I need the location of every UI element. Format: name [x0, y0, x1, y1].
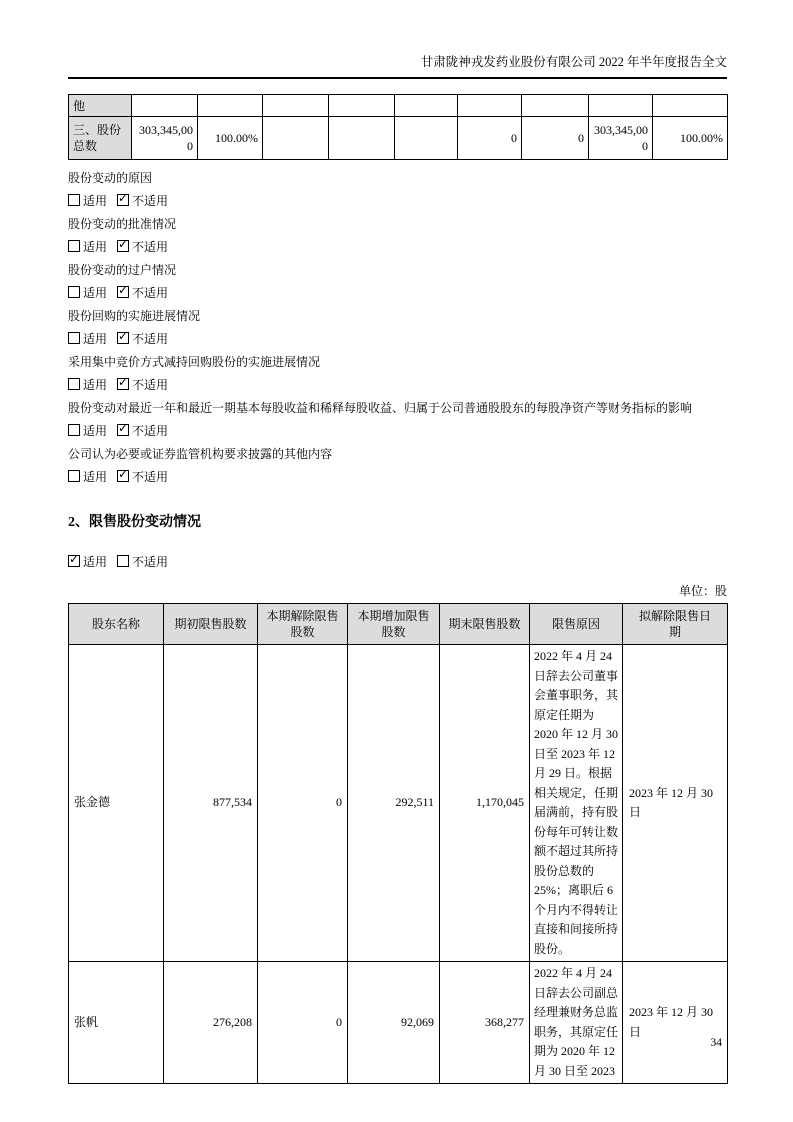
table-cell	[458, 95, 522, 117]
table-cell: 100.00%	[198, 117, 263, 160]
restricted-shares-table-body: 张金德877,5340292,5111,170,0452022 年 4 月 24…	[69, 645, 728, 1084]
table-row: 他	[69, 95, 728, 117]
table-cell: 0	[522, 117, 589, 160]
share-structure-table: 他三、股份总数303,345,000100.00%00303,345,00010…	[68, 94, 728, 160]
not-applicable-label: 不适用	[132, 240, 168, 254]
column-header: 拟解除限售日期	[623, 604, 728, 645]
section-label: 采用集中竞价方式减持回购股份的实施进展情况	[68, 351, 727, 374]
table-cell: 1,170,045	[440, 645, 530, 962]
table-cell	[329, 117, 395, 160]
table-cell: 0	[258, 645, 348, 962]
page-number: 34	[711, 1037, 723, 1049]
checkbox-unchecked-icon	[68, 470, 80, 482]
table-cell: 0	[258, 962, 348, 1084]
table-cell: 2023 年 12 月 30 日	[623, 962, 728, 1084]
table-cell	[395, 95, 458, 117]
table-cell: 292,511	[348, 645, 440, 962]
table-cell: 2022 年 4 月 24 日辞去公司副总经理兼财务总监职务，其原定任期为 20…	[530, 962, 623, 1084]
table-cell: 张帆	[69, 962, 164, 1084]
table-cell	[132, 95, 198, 117]
table-cell: 877,534	[164, 645, 258, 962]
checkbox-checked-icon	[117, 194, 129, 206]
checkbox-checked-icon	[117, 332, 129, 344]
not-applicable-label: 不适用	[132, 194, 168, 208]
applicability-sections: 股份变动的原因适用不适用股份变动的批准情况适用不适用股份变动的过户情况适用不适用…	[68, 167, 727, 489]
applicable-label: 适用	[83, 286, 107, 300]
table-cell: 276,208	[164, 962, 258, 1084]
checkbox-checked-icon	[117, 286, 129, 298]
applicable-label: 适用	[83, 555, 107, 569]
applicable-label: 适用	[83, 194, 107, 208]
column-header: 期末限售股数	[440, 604, 530, 645]
section-heading: 2、限售股份变动情况	[68, 507, 727, 535]
applicability-line: 适用不适用	[68, 190, 727, 213]
section-label: 公司认为必要或证券监管机构要求披露的其他内容	[68, 443, 727, 466]
table-row: 三、股份总数303,345,000100.00%00303,345,000100…	[69, 117, 728, 160]
column-header: 限售原因	[530, 604, 623, 645]
table-cell: 2023 年 12 月 30 日	[623, 645, 728, 962]
table-cell	[395, 117, 458, 160]
table-cell	[198, 95, 263, 117]
not-applicable-label: 不适用	[132, 378, 168, 392]
table-cell: 92,069	[348, 962, 440, 1084]
applicability-line: 适用不适用	[68, 236, 727, 259]
column-header: 本期解除限售股数	[258, 604, 348, 645]
table-cell	[329, 95, 395, 117]
not-applicable-label: 不适用	[132, 470, 168, 484]
table-cell	[263, 117, 329, 160]
applicability-line: 适用不适用	[68, 466, 727, 489]
share-structure-table-body: 他三、股份总数303,345,000100.00%00303,345,00010…	[69, 95, 728, 160]
section-label: 股份变动的过户情况	[68, 259, 727, 282]
applicability-line: 适用不适用	[68, 374, 727, 397]
not-applicable-label: 不适用	[132, 424, 168, 438]
table-header-row: 股东名称期初限售股数本期解除限售股数本期增加限售股数期末限售股数限售原因拟解除限…	[69, 604, 728, 645]
applicability-line: 适用不适用	[68, 420, 727, 443]
checkbox-unchecked-icon	[68, 286, 80, 298]
checkbox-checked-icon	[68, 555, 80, 567]
table-row: 张帆276,208092,069368,2772022 年 4 月 24 日辞去…	[69, 962, 728, 1084]
table-cell	[263, 95, 329, 117]
checkbox-checked-icon	[117, 240, 129, 252]
column-header: 本期增加限售股数	[348, 604, 440, 645]
checkbox-unchecked-icon	[68, 378, 80, 390]
checkbox-unchecked-icon	[68, 332, 80, 344]
table-cell: 张金德	[69, 645, 164, 962]
table-cell: 0	[458, 117, 522, 160]
section-label: 股份回购的实施进展情况	[68, 305, 727, 328]
table-cell: 303,345,000	[589, 117, 653, 160]
table-cell	[589, 95, 653, 117]
section-label: 股份变动的批准情况	[68, 213, 727, 236]
restricted-shares-table: 股东名称期初限售股数本期解除限售股数本期增加限售股数期末限售股数限售原因拟解除限…	[68, 603, 728, 1084]
applicability-line: 适用不适用	[68, 328, 727, 351]
page-content: 甘肃陇神戎发药业股份有限公司 2022 年半年度报告全文 他三、股份总数303,…	[0, 0, 793, 1084]
checkbox-unchecked-icon	[117, 555, 129, 567]
checkbox-unchecked-icon	[68, 424, 80, 436]
not-applicable-label: 不适用	[132, 332, 168, 346]
restricted-applicability-line: 适用不适用	[68, 551, 727, 574]
document-header: 甘肃陇神戎发药业股份有限公司 2022 年半年度报告全文	[68, 55, 727, 79]
table-cell: 100.00%	[653, 117, 728, 160]
not-applicable-label: 不适用	[132, 555, 168, 569]
section-label: 股份变动对最近一年和最近一期基本每股收益和稀释每股收益、归属于公司普通股股东的每…	[68, 397, 727, 420]
table-cell: 368,277	[440, 962, 530, 1084]
unit-label: 单位：股	[68, 582, 727, 599]
table-cell	[653, 95, 728, 117]
column-header: 期初限售股数	[164, 604, 258, 645]
table-cell: 303,345,000	[132, 117, 198, 160]
table-cell	[522, 95, 589, 117]
section-label: 股份变动的原因	[68, 167, 727, 190]
table-row: 张金德877,5340292,5111,170,0452022 年 4 月 24…	[69, 645, 728, 962]
report-page: 甘肃陇神戎发药业股份有限公司 2022 年半年度报告全文 他三、股份总数303,…	[0, 0, 793, 1122]
applicable-label: 适用	[83, 240, 107, 254]
row-label-cell: 他	[69, 95, 132, 117]
checkbox-unchecked-icon	[68, 194, 80, 206]
applicable-label: 适用	[83, 378, 107, 392]
row-label-cell: 三、股份总数	[69, 117, 132, 160]
applicability-line: 适用不适用	[68, 282, 727, 305]
checkbox-checked-icon	[117, 470, 129, 482]
checkbox-checked-icon	[117, 424, 129, 436]
document-title: 甘肃陇神戎发药业股份有限公司 2022 年半年度报告全文	[421, 55, 727, 69]
applicable-label: 适用	[83, 424, 107, 438]
checkbox-checked-icon	[117, 378, 129, 390]
table-cell: 2022 年 4 月 24 日辞去公司董事会董事职务，其原定任期为 2020 年…	[530, 645, 623, 962]
applicable-label: 适用	[83, 470, 107, 484]
applicable-label: 适用	[83, 332, 107, 346]
column-header: 股东名称	[69, 604, 164, 645]
not-applicable-label: 不适用	[132, 286, 168, 300]
checkbox-unchecked-icon	[68, 240, 80, 252]
